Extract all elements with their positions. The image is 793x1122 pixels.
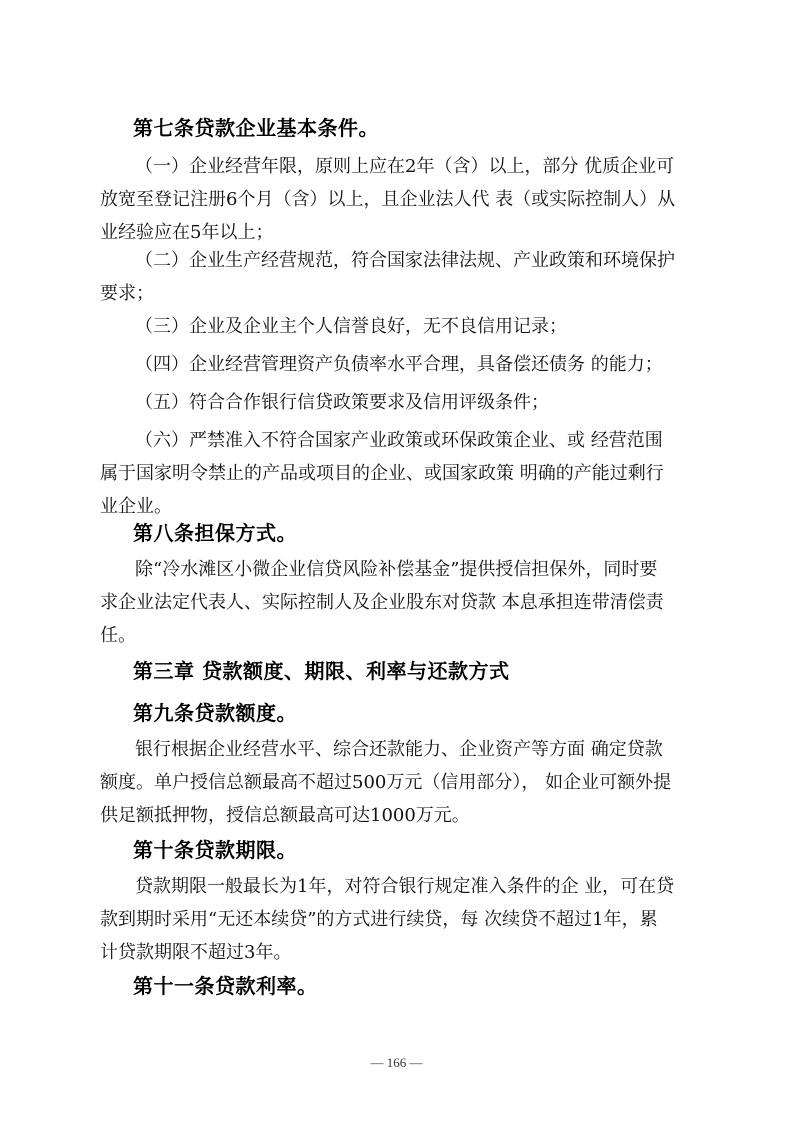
article-8-body: 除“冷水滩区小微企业信贷风险补偿基金”提供授信担保外，同时要 求企业法定代表人、…: [100, 553, 700, 652]
page-number: — 166 —: [0, 1055, 793, 1071]
article-7-clause-5: （五）符合合作银行信贷政策要求及信用评级条件；: [100, 386, 700, 419]
article-8-heading: 第八条担保方式。: [133, 517, 297, 546]
article-7-clause-4: （四）企业经营管理资产负债率水平合理，具备偿还债务 的能力；: [100, 348, 700, 381]
article-7-clause-3: （三）企业及企业主个人信誉良好，无不良信用记录；: [100, 310, 700, 343]
text-line: 贷款期限一般最长为1年，对符合银行规定准入条件的企 业，可在贷: [100, 870, 700, 903]
article-7-heading: 第七条贷款企业基本条件。: [133, 112, 379, 141]
text-line: 要求；: [65, 277, 700, 310]
text-line: 供足额抵押物，授信总额最高可达1000万元。: [65, 799, 700, 832]
article-7-clause-2: （二）企业生产经营规范，符合国家法律法规、产业政策和环境保护 要求；: [100, 244, 700, 310]
text-line: （四）企业经营管理资产负债率水平合理，具备偿还债务 的能力；: [100, 348, 700, 381]
text-line: 任。: [65, 619, 700, 652]
text-line: 放宽至登记注册6个月（含）以上，且企业法人代 表（或实际控制人）从: [65, 183, 700, 216]
text-line: 计贷款期限不超过3年。: [65, 936, 700, 969]
article-7-clause-1: （一）企业经营年限，原则上应在2年（含）以上，部分 优质企业可 放宽至登记注册6…: [100, 150, 700, 249]
text-line: （一）企业经营年限，原则上应在2年（含）以上，部分 优质企业可: [100, 150, 700, 183]
text-line: （六）严禁准入不符合国家产业政策或环保政策企业、或 经营范围: [100, 424, 700, 457]
text-line: （二）企业生产经营规范，符合国家法律法规、产业政策和环境保护: [100, 244, 700, 277]
text-line: 额度。单户授信总额最高不超过500万元（信用部分）， 如企业可额外提: [65, 766, 700, 799]
text-line: （三）企业及企业主个人信誉良好，无不良信用记录；: [100, 310, 700, 343]
document-page: 第七条贷款企业基本条件。 （一）企业经营年限，原则上应在2年（含）以上，部分 优…: [0, 0, 793, 1122]
article-11-heading: 第十一条贷款利率。: [133, 970, 318, 999]
article-10-body: 贷款期限一般最长为1年，对符合银行规定准入条件的企 业，可在贷 款到期时采用“无…: [100, 870, 700, 969]
text-line: （五）符合合作银行信贷政策要求及信用评级条件；: [100, 386, 700, 419]
chapter-3-heading: 第三章 贷款额度、期限、利率与还款方式: [133, 655, 509, 684]
text-line: 除“冷水滩区小微企业信贷风险补偿基金”提供授信担保外，同时要: [100, 553, 700, 586]
article-9-body: 银行根据企业经营水平、综合还款能力、企业资产等方面 确定贷款 额度。单户授信总额…: [100, 733, 700, 832]
text-line: 银行根据企业经营水平、综合还款能力、企业资产等方面 确定贷款: [100, 733, 700, 766]
text-line: 属于国家明令禁止的产品或项目的企业、或国家政策 明确的产能过剩行: [65, 457, 700, 490]
text-line: 款到期时采用“无还本续贷”的方式进行续贷，每 次续贷不超过1年，累: [65, 903, 700, 936]
article-9-heading: 第九条贷款额度。: [133, 697, 297, 726]
text-line: 求企业法定代表人、实际控制人及企业股东对贷款 本息承担连带清偿责: [65, 586, 700, 619]
article-7-clause-6: （六）严禁准入不符合国家产业政策或环保政策企业、或 经营范围 属于国家明令禁止的…: [100, 424, 700, 523]
article-10-heading: 第十条贷款期限。: [133, 834, 297, 863]
